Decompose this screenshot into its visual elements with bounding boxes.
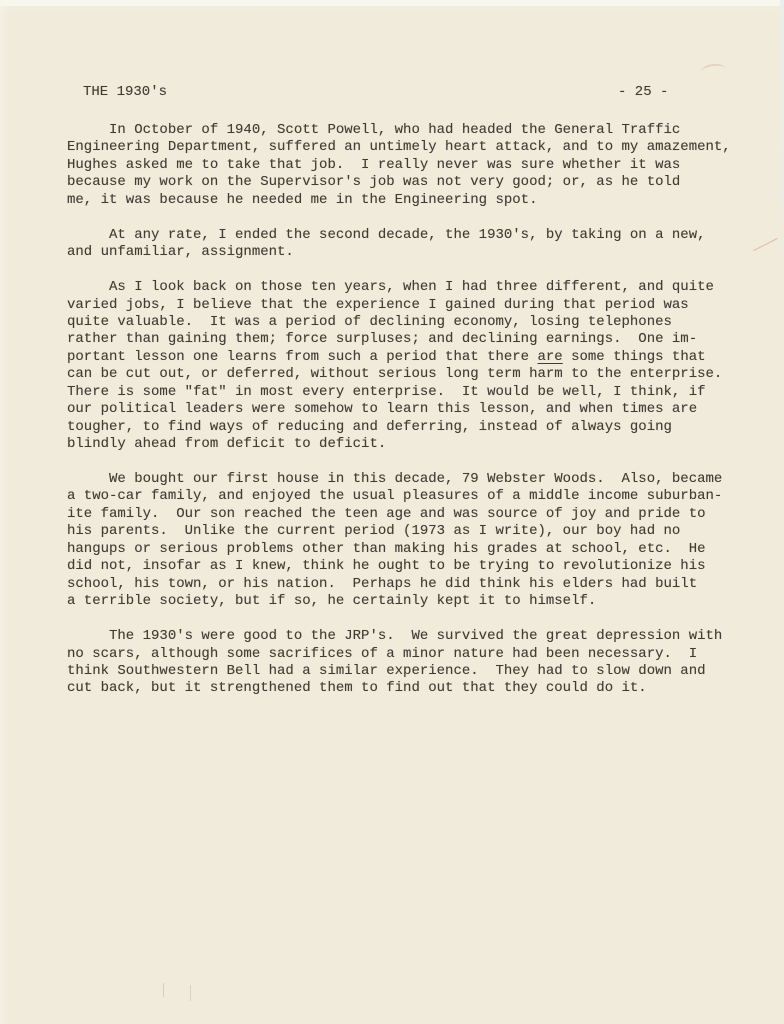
text-line: did not, insofar as I knew, think he oug…	[67, 558, 767, 575]
text-segment: tougher, to find ways of reducing and de…	[67, 419, 672, 435]
text-line: rather than gaining them; force surpluse…	[67, 331, 767, 348]
paragraph: The 1930's were good to the JRP's. We su…	[67, 628, 767, 698]
paragraph: As I look back on those ten years, when …	[67, 279, 767, 454]
text-line: ite family. Our son reached the teen age…	[67, 506, 767, 523]
text-line: In October of 1940, Scott Powell, who ha…	[67, 122, 767, 139]
text-line: hangups or serious problems other than m…	[67, 541, 767, 558]
document-body: In October of 1940, Scott Powell, who ha…	[67, 122, 767, 698]
text-line: no scars, although some sacrifices of a …	[67, 646, 767, 663]
underlined-text: are	[537, 349, 562, 365]
text-segment: At any rate, I ended the second decade, …	[67, 227, 706, 243]
scan-edge-top	[0, 0, 784, 6]
text-line: cut back, but it strengthened them to fi…	[67, 680, 767, 697]
text-line: At any rate, I ended the second decade, …	[67, 227, 767, 244]
text-segment: In October of 1940, Scott Powell, who ha…	[67, 122, 680, 138]
text-line: blindly ahead from deficit to deficit.	[67, 436, 767, 453]
paragraph: We bought our first house in this decade…	[67, 471, 767, 611]
text-segment: think Southwestern Bell had a similar ex…	[67, 663, 706, 679]
paragraph: At any rate, I ended the second decade, …	[67, 227, 767, 262]
text-line: our political leaders were somehow to le…	[67, 401, 767, 418]
text-line: We bought our first house in this decade…	[67, 471, 767, 488]
pencil-mark	[163, 983, 164, 997]
text-segment: hangups or serious problems other than m…	[67, 541, 706, 557]
text-segment: There is some "fat" in most every enterp…	[67, 384, 706, 400]
text-line: and unfamiliar, assignment.	[67, 244, 767, 261]
document-title: THE 1930's	[83, 83, 167, 101]
text-line: There is some "fat" in most every enterp…	[67, 384, 767, 401]
text-segment: a two-car family, and enjoyed the usual …	[67, 488, 722, 504]
text-segment: Engineering Department, suffered an unti…	[67, 139, 731, 155]
text-segment: because my work on the Supervisor's job …	[67, 174, 680, 190]
text-segment: some things that	[563, 349, 706, 365]
page-header: THE 1930's - 25 -	[0, 83, 784, 101]
text-line: Engineering Department, suffered an unti…	[67, 139, 767, 156]
text-segment: The 1930's were good to the JRP's. We su…	[67, 628, 722, 644]
text-line: me, it was because he needed me in the E…	[67, 192, 767, 209]
text-segment: We bought our first house in this decade…	[67, 471, 722, 487]
text-line: a two-car family, and enjoyed the usual …	[67, 488, 767, 505]
text-segment: our political leaders were somehow to le…	[67, 401, 697, 417]
text-segment: cut back, but it strengthened them to fi…	[67, 680, 647, 696]
text-segment: portant lesson one learns from such a pe…	[67, 349, 537, 365]
text-segment: varied jobs, I believe that the experien…	[67, 297, 689, 313]
text-segment: Hughes asked me to take that job. I real…	[67, 157, 680, 173]
text-segment: and unfamiliar, assignment.	[67, 244, 294, 260]
text-segment: ite family. Our son reached the teen age…	[67, 506, 706, 522]
text-line: portant lesson one learns from such a pe…	[67, 349, 767, 366]
text-line: think Southwestern Bell had a similar ex…	[67, 663, 767, 680]
text-line: school, his town, or his nation. Perhaps…	[67, 576, 767, 593]
text-line: Hughes asked me to take that job. I real…	[67, 157, 767, 174]
pencil-mark	[190, 985, 191, 1001]
text-segment: did not, insofar as I knew, think he oug…	[67, 558, 706, 574]
text-line: a terrible society, but if so, he certai…	[67, 593, 767, 610]
text-line: varied jobs, I believe that the experien…	[67, 297, 767, 314]
text-segment: me, it was because he needed me in the E…	[67, 192, 537, 208]
smudge-mark	[700, 62, 725, 77]
text-line: can be cut out, or deferred, without ser…	[67, 366, 767, 383]
text-segment: rather than gaining them; force surpluse…	[67, 331, 697, 347]
text-segment: school, his town, or his nation. Perhaps…	[67, 576, 697, 592]
paragraph: In October of 1940, Scott Powell, who ha…	[67, 122, 767, 209]
text-segment: As I look back on those ten years, when …	[67, 279, 714, 295]
scan-edge-right	[780, 0, 784, 320]
text-line: tougher, to find ways of reducing and de…	[67, 419, 767, 436]
text-line: his parents. Unlike the current period (…	[67, 523, 767, 540]
text-line: quite valuable. It was a period of decli…	[67, 314, 767, 331]
text-segment: his parents. Unlike the current period (…	[67, 523, 680, 539]
text-line: because my work on the Supervisor's job …	[67, 174, 767, 191]
text-segment: quite valuable. It was a period of decli…	[67, 314, 672, 330]
text-line: The 1930's were good to the JRP's. We su…	[67, 628, 767, 645]
text-segment: blindly ahead from deficit to deficit.	[67, 436, 386, 452]
page-number: - 25 -	[618, 83, 668, 101]
text-segment: a terrible society, but if so, he certai…	[67, 593, 596, 609]
document-page: THE 1930's - 25 - In October of 1940, Sc…	[0, 0, 784, 1024]
text-segment: no scars, although some sacrifices of a …	[67, 646, 697, 662]
text-line: As I look back on those ten years, when …	[67, 279, 767, 296]
text-segment: can be cut out, or deferred, without ser…	[67, 366, 722, 382]
